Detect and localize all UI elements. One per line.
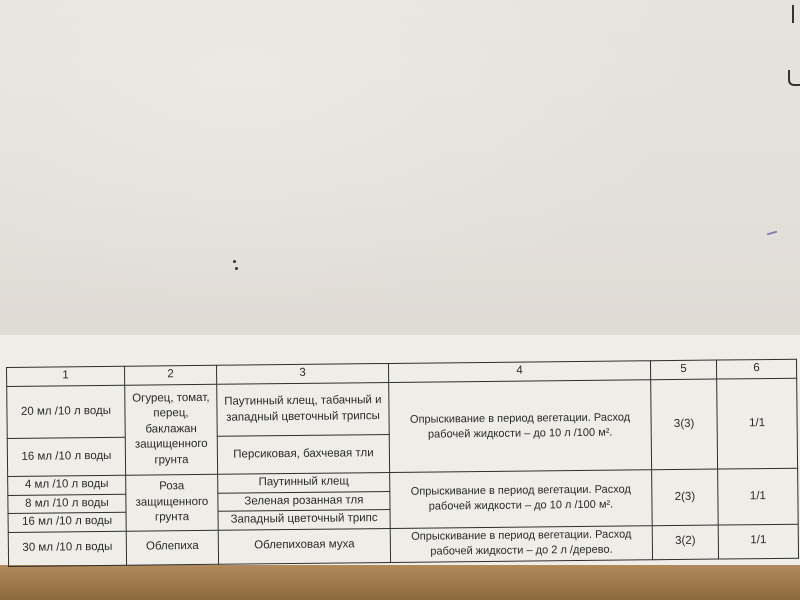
pest-cell: Западный цветочный трипс: [218, 510, 390, 530]
rate-cell: 30 мл /10 л воды: [8, 531, 126, 566]
rate-cell: 20 мл /10 л воды: [7, 385, 126, 438]
pest-cell: Паутинный клещ: [218, 472, 390, 492]
header-cell: 3: [216, 363, 388, 384]
header-cell: 6: [716, 359, 796, 379]
table-row: 20 мл /10 л воды Огурец, томат, перец, б…: [7, 378, 798, 438]
ink-dot: [235, 267, 238, 270]
method-cell: Опрыскивание в период вегетации. Расход …: [390, 525, 652, 562]
pesticide-usage-table: 1 2 3 4 5 6 20 мл /10 л воды Огурец, том…: [6, 359, 799, 567]
method-cell: Опрыскивание в период вегетации. Расход …: [390, 470, 653, 528]
treatments-cell: 3(2): [652, 525, 718, 560]
culture-cell: Огурец, томат, перец, баклажан защищенно…: [125, 384, 218, 475]
wooden-surface: [0, 565, 800, 600]
terms-cell: 1/1: [718, 524, 798, 559]
pest-cell: Персиковая, бахчевая тли: [217, 434, 389, 474]
rate-cell: 16 мл /10 л воды: [8, 512, 126, 532]
pest-cell: Зеленая розанная тля: [218, 491, 390, 511]
rate-cell: 4 мл /10 л воды: [8, 475, 126, 495]
pest-cell: Паутинный клещ, табачный и западный цвет…: [217, 382, 390, 436]
rate-cell: 8 мл /10 л воды: [8, 494, 126, 514]
rate-cell: 16 мл /10 л воды: [7, 437, 125, 476]
header-cell: 5: [650, 360, 716, 380]
pen-mark: [792, 5, 794, 23]
pen-mark: [788, 70, 800, 86]
treatments-cell: 3(3): [651, 379, 718, 470]
culture-cell: Облепиха: [126, 530, 218, 565]
treatments-cell: 2(3): [652, 469, 719, 525]
ink-dot: [233, 260, 236, 263]
terms-cell: 1/1: [717, 378, 798, 469]
paper-background: [0, 0, 800, 360]
method-cell: Опрыскивание в период вегетации. Расход …: [389, 380, 652, 473]
header-cell: 1: [7, 366, 125, 386]
header-cell: 2: [124, 365, 216, 385]
pest-cell: Облепиховая муха: [218, 528, 390, 564]
terms-cell: 1/1: [718, 468, 799, 524]
culture-cell: Роза защищенного грунта: [126, 474, 219, 531]
